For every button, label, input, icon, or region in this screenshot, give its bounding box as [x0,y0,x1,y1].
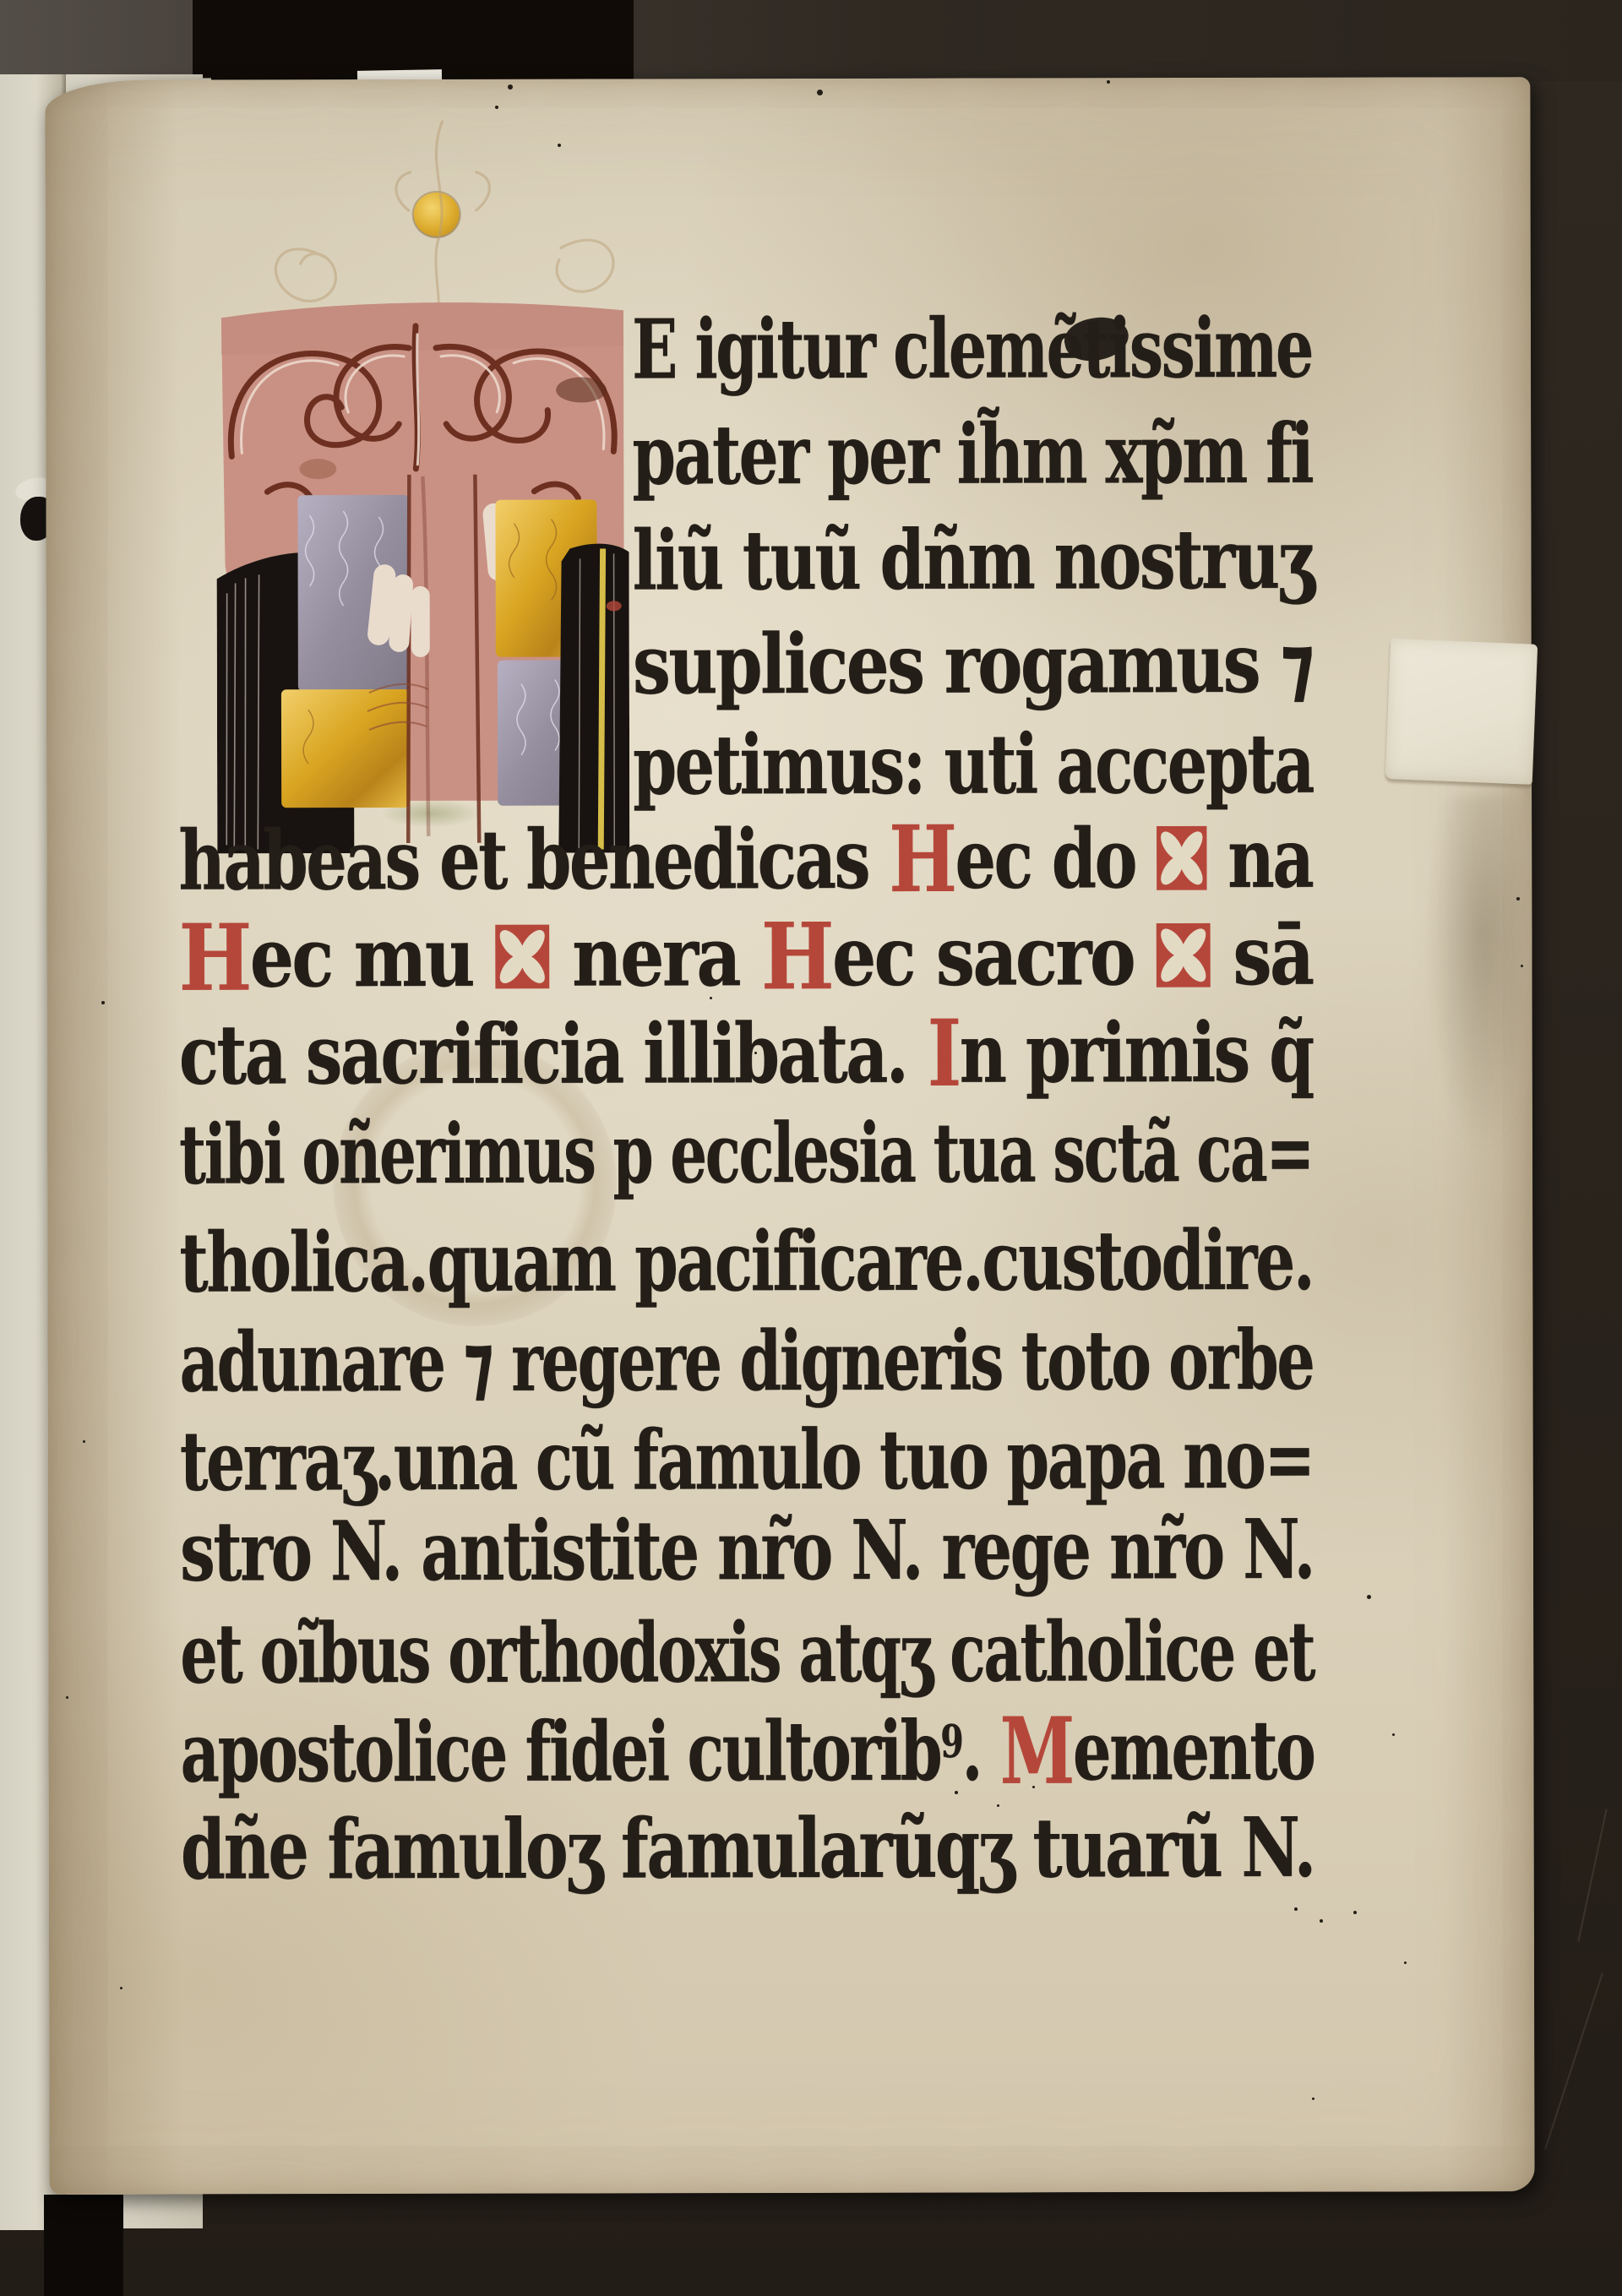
text-segment: ec do [955,810,1156,906]
text-segment: suplices rogamus ⁊ [633,615,1313,713]
text-line: cta sacrificia illibata. In primis q̃ [179,1012,1313,1096]
manuscript-page: E igitur clemẽtissimepater per ih̃m xp̃m… [45,77,1534,2195]
ink-speck [83,1440,85,1443]
ink-speck [1516,897,1520,900]
ink-speck [1107,80,1110,84]
text-line: petimus: uti accepta [633,723,1313,807]
text-line: dñe famuloʒ famularũqʒ tuarũ N. [181,1807,1314,1891]
text-line: stro N. antistite nr̃o N. rege nr̃o N. [180,1509,1314,1593]
ink-speck [508,84,513,90]
ink-speck [1294,1907,1298,1911]
text-segment: ec mu [250,909,495,1006]
text-line: terraʒ.una cũ famulo tuo papa no= [180,1418,1314,1503]
text-line: Hec mu nera Hec sacro sā [178,915,1312,999]
text-segment: emento [1073,1702,1314,1799]
text-line: tibi oñerimus p ecclesia tua sctã ca= [179,1112,1313,1196]
ink-speck [754,1052,757,1054]
ink-speck [1367,1595,1371,1599]
text-segment: cta sacrificia illibata. [179,1005,928,1103]
text-segment: nera [550,908,761,1005]
ink-speck [558,144,561,147]
text-segment: 9 [940,1715,961,1768]
text-line: pater per ih̃m xp̃m fi [632,413,1312,497]
rubric-cross-icon [1156,825,1207,891]
rubric-initial: I [928,999,960,1107]
text-segment: n primis q̃ [960,1004,1313,1102]
ink-speck [1392,1733,1395,1736]
ink-speck [997,1804,999,1807]
text-line: E igitur clemẽtissime [632,307,1312,391]
ink-speck [120,1987,122,1989]
rubric-cross-icon [1156,922,1211,988]
text-segment: liũ tuũ dñm nostruʒ [632,511,1312,609]
text-line: habeas et benedicas Hec do na [178,818,1312,902]
ink-speck [1404,1961,1407,1964]
text-segment: petimus: uti accepta [633,715,1313,813]
ink-speck [1320,1919,1323,1923]
rubric-initial: H [889,805,955,913]
text-segment: pater per ih̃m xp̃m fi [632,405,1312,503]
text-segment: et oĩbus orthodoxis atqʒ catholice et [180,1603,1314,1702]
ink-speck [1521,965,1523,967]
text-segment: E igitur clemẽtissime [632,300,1312,398]
text-segment: adunare ⁊ regere digneris toto orbe [179,1312,1313,1411]
ink-speck [66,1696,68,1699]
ink-speck [101,1001,105,1004]
text-line: tholica.quam pacificare.custodire. [179,1220,1313,1304]
ink-speck [495,106,498,109]
rubric-initial: H [178,904,249,1012]
ink-speck [1032,1786,1035,1788]
ink-speck [710,997,712,999]
ink-speck [642,946,645,949]
rubric-initial: H [761,902,832,1010]
text-segment: ec sacro [832,907,1156,1004]
text-segment: apostolice fidei cultorib [180,1703,940,1801]
ink-speck [765,439,767,442]
text-line: adunare ⁊ regere digneris toto orbe [179,1319,1313,1404]
gutter-shadow-bottom [44,2195,123,2296]
background-scratch [1544,1972,1603,2150]
text-segment: habeas et benedicas [178,811,889,909]
text-line: et oĩbus orthodoxis atqʒ catholice et [180,1611,1314,1695]
background-scratch [1577,1809,1607,1942]
photograph-stage: E igitur clemẽtissimepater per ih̃m xp̃m… [0,0,1622,2296]
text-segment: stro N. antistite nr̃o N. rege nr̃o N. [180,1501,1314,1600]
ink-speck [1353,1911,1357,1914]
ink-speck [817,90,823,95]
text-segment: tibi oñerimus p ecclesia tua sctã ca= [179,1104,1313,1203]
text-segment: terraʒ.una cũ famulo tuo papa no= [180,1411,1314,1510]
rubric-initial: M [1000,1697,1074,1805]
text-segment: na [1207,810,1312,906]
text-segment: . [961,1702,1000,1798]
text-line: suplices rogamus ⁊ [633,623,1313,706]
text-segment: dñe famuloʒ famularũqʒ tuarũ N. [181,1799,1314,1898]
ink-speck [955,1791,958,1794]
text-line: apostolice fidei cultorib9. Memento [180,1710,1314,1794]
text-line: liũ tuũ dñm nostruʒ [632,519,1312,602]
text-block: E igitur clemẽtissimepater per ih̃m xp̃m… [45,77,1534,2195]
text-segment: tholica.quam pacificare.custodire. [179,1212,1313,1311]
rubric-cross-icon [495,924,551,990]
text-segment: sā [1211,907,1312,1004]
ink-speck [1312,2097,1314,2100]
